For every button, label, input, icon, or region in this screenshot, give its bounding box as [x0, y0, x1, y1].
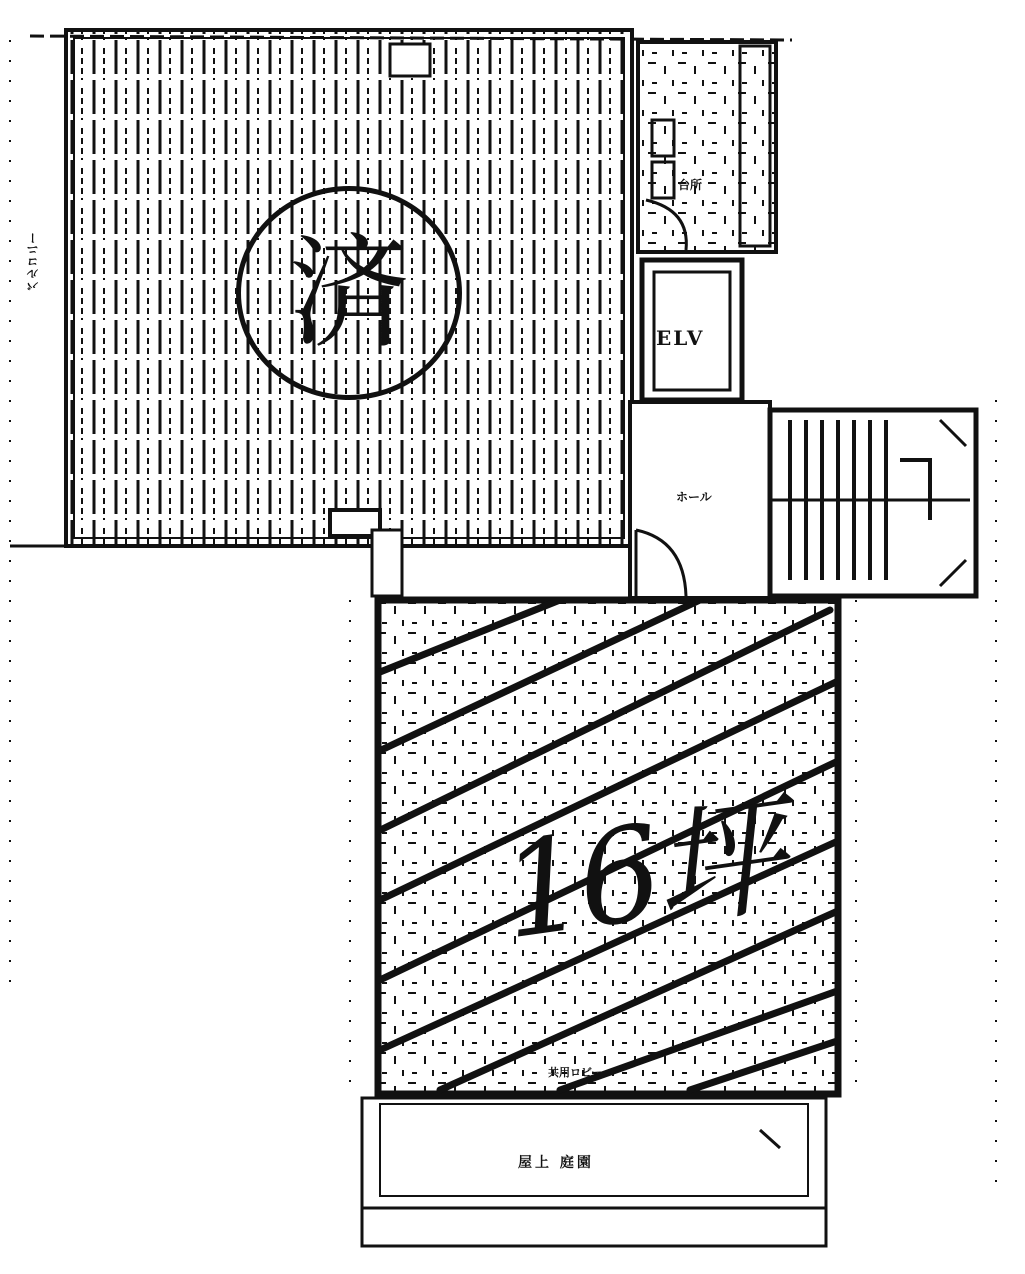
stamp-character: 済	[241, 229, 457, 359]
elevator-label: ELV	[656, 326, 704, 350]
floor-plan-drawing	[0, 0, 1025, 1274]
common-area-label: 共用ロビー	[548, 1064, 603, 1080]
contract-stamp: 済	[236, 186, 462, 400]
side-label: バルコニー	[24, 232, 41, 292]
rooftop-garden	[362, 1098, 826, 1246]
kitchen-label: 台所	[678, 176, 702, 193]
hall-label: ホール	[676, 488, 712, 505]
area-handwritten-note: 16坪	[488, 752, 789, 976]
rooftop-garden-label: 屋上 庭園	[518, 1152, 594, 1172]
service-core	[630, 42, 776, 598]
stairs	[770, 410, 976, 596]
